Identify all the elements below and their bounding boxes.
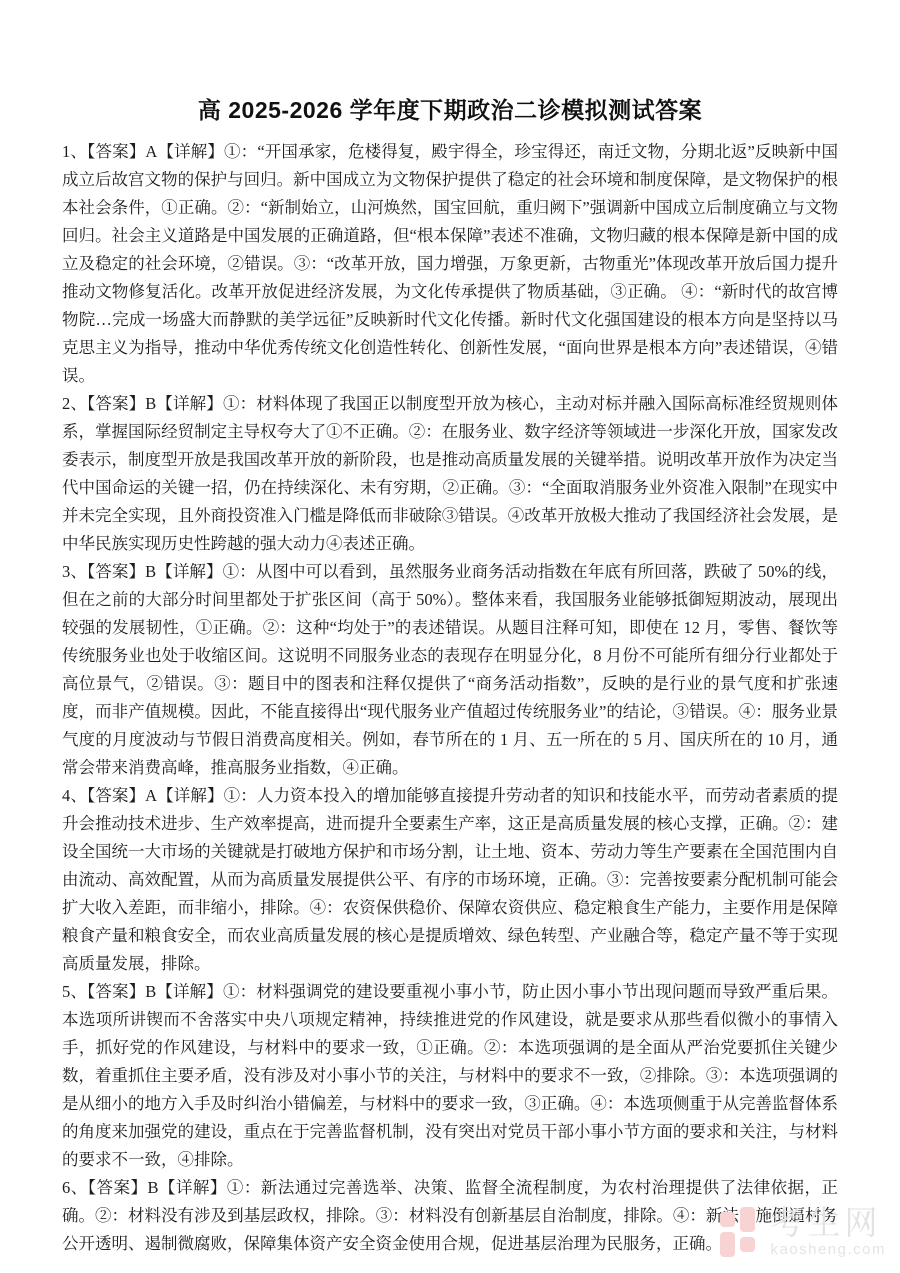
watermark-text: 考生网 kaosheng.com bbox=[770, 1206, 886, 1257]
detail-label: 【详解】 bbox=[157, 142, 224, 161]
answer-section-3: 3、【答案】B【详解】①：从图中可以看到，虽然服务业商务活动指数在年底有所回落，… bbox=[62, 558, 838, 782]
logo-block bbox=[740, 1237, 755, 1252]
kaosheng-logo-icon bbox=[720, 1207, 758, 1257]
watermark-site-domain: kaosheng.com bbox=[770, 1242, 886, 1257]
answer-label: 【答案】 bbox=[87, 786, 145, 805]
watermark-site-name: 考生网 bbox=[770, 1206, 881, 1239]
answer-section-2: 2、【答案】B【详解】①：材料体现了我国正以制度型开放为核心，主动对标并融入国际… bbox=[62, 390, 838, 558]
answer-label: 【答案】 bbox=[87, 394, 145, 413]
explanation-text: ①：材料强调党的建设要重视小事小节，防止因小事小节出现问题而导致严重后果。本选项… bbox=[62, 982, 838, 1169]
explanation-text: ①：“开国承家，危楼得复，殿宇得全，珍宝得还，南迁文物，分期北返”反映新中国成立… bbox=[62, 142, 838, 385]
explanation-text: ①：从图中可以看到，虽然服务业商务活动指数在年底有所回落，跌破了 50%的线，但… bbox=[62, 562, 838, 777]
answer-section-5: 5、【答案】B【详解】①：材料强调党的建设要重视小事小节，防止因小事小节出现问题… bbox=[62, 978, 838, 1174]
question-number: 5、 bbox=[62, 982, 87, 1001]
answer-label: 【答案】 bbox=[87, 562, 145, 581]
answer-sections: 1、【答案】A【详解】①：“开国承家，危楼得复，殿宇得全，珍宝得还，南迁文物，分… bbox=[62, 138, 838, 1258]
answer-section-4: 4、【答案】A【详解】①：人力资本投入的增加能够直接提升劳动者的知识和技能水平，… bbox=[62, 782, 838, 978]
answer-letter: B bbox=[145, 394, 156, 413]
logo-block bbox=[720, 1212, 735, 1227]
logo-block bbox=[720, 1232, 735, 1257]
detail-label: 【详解】 bbox=[156, 562, 223, 581]
detail-label: 【详解】 bbox=[157, 786, 224, 805]
answer-letter: B bbox=[147, 1178, 158, 1197]
answer-letter: A bbox=[145, 786, 157, 805]
answer-letter: B bbox=[145, 562, 156, 581]
explanation-text: ①：人力资本投入的增加能够直接提升劳动者的知识和技能水平，而劳动者素质的提升会推… bbox=[62, 786, 838, 973]
question-number: 4、 bbox=[62, 786, 87, 805]
detail-label: 【详解】 bbox=[156, 394, 223, 413]
answer-section-1: 1、【答案】A【详解】①：“开国承家，危楼得复，殿宇得全，珍宝得还，南迁文物，分… bbox=[62, 138, 838, 390]
answer-label: 【答案】 bbox=[88, 1178, 148, 1197]
question-number: 2、 bbox=[62, 394, 87, 413]
logo-block bbox=[740, 1207, 755, 1232]
answer-label: 【答案】 bbox=[87, 142, 145, 161]
page-title: 高 2025-2026 学年度下期政治二诊模拟测试答案 bbox=[0, 0, 900, 125]
explanation-text: ①：材料体现了我国正以制度型开放为核心，主动对标并融入国际高标准经贸规则体系，掌… bbox=[62, 394, 838, 553]
answer-label: 【答案】 bbox=[87, 982, 145, 1001]
detail-label: 【详解】 bbox=[156, 982, 223, 1001]
document-page: 高 2025-2026 学年度下期政治二诊模拟测试答案 1、【答案】A【详解】①… bbox=[0, 0, 900, 1273]
question-number: 3、 bbox=[62, 562, 87, 581]
answer-letter: A bbox=[145, 142, 157, 161]
kaosheng-watermark: 考生网 kaosheng.com bbox=[720, 1206, 886, 1257]
question-number: 1、 bbox=[62, 142, 87, 161]
answer-letter: B bbox=[145, 982, 156, 1001]
question-number: 6、 bbox=[62, 1178, 88, 1197]
detail-label: 【详解】 bbox=[158, 1178, 226, 1197]
